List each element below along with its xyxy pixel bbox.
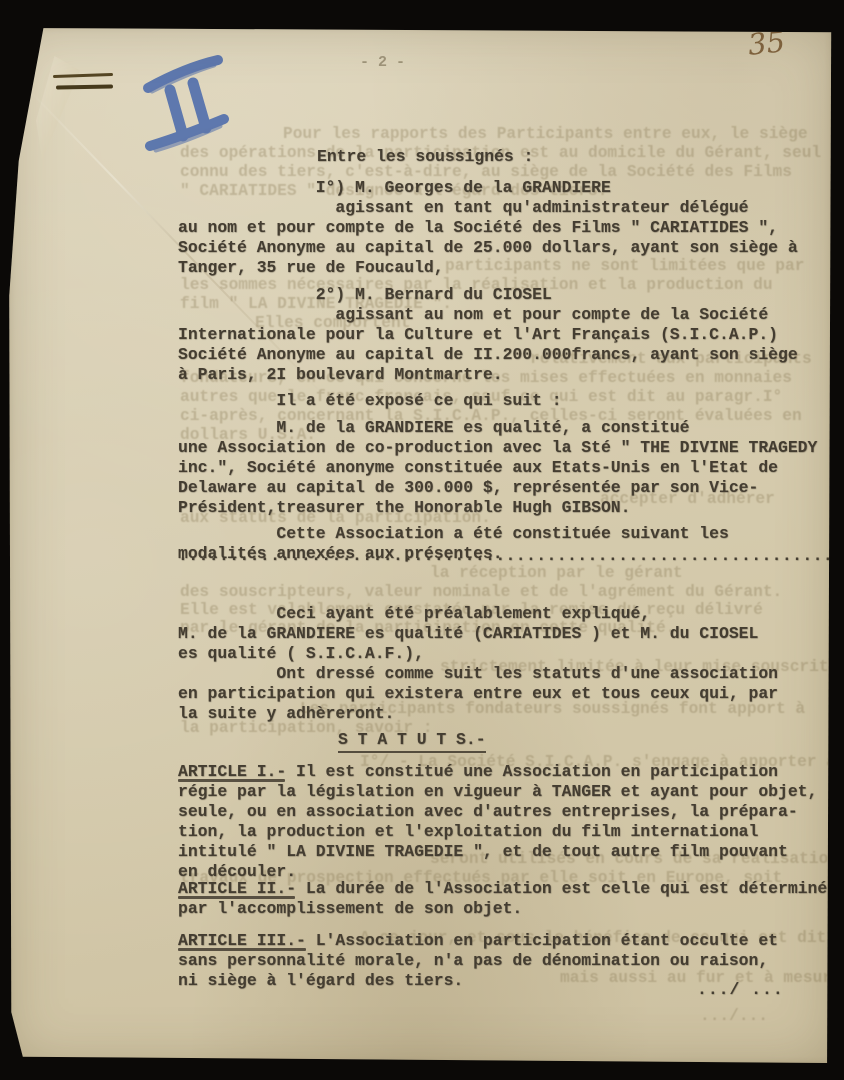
document-page: Pour les rapports des Participants entre… bbox=[8, 26, 832, 1064]
bleedthrough-line: Pour les rapports des Participants entre… bbox=[283, 124, 808, 144]
party-2-paragraph: 2°) M. Bernard du CIOSEL agissant au nom… bbox=[178, 285, 798, 385]
bleedthrough-line: la réception par le gérant bbox=[430, 563, 683, 583]
expose-paragraph-1: M. de la GRANDIERE es qualité, a constit… bbox=[178, 418, 817, 518]
dotted-separator: ........................................… bbox=[178, 546, 832, 566]
bleedthrough-line: des souscripteurs, valeur nominale et de… bbox=[180, 582, 782, 602]
revision-equals-mark bbox=[53, 72, 123, 94]
handwritten-roman-II-mark bbox=[136, 46, 256, 161]
party-1-paragraph: I°) M. Georges de la GRANDIERE agissant … bbox=[178, 178, 798, 278]
article-2-paragraph: ARTICLE II.- La durée de l'Association e… bbox=[178, 879, 832, 919]
continuation-mark: .../ ... bbox=[697, 980, 784, 1000]
underline-article-3 bbox=[178, 948, 306, 951]
statuts-heading: S T A T U T S.- bbox=[338, 730, 486, 753]
underline-article-2 bbox=[178, 896, 295, 899]
handwritten-page-number: 35 bbox=[746, 26, 786, 62]
typed-page-number: - 2 - bbox=[360, 54, 405, 72]
bleedthrough-line: .../... bbox=[700, 1006, 768, 1026]
photo-background: Pour les rapports des Participants entre… bbox=[0, 0, 844, 1080]
underline-article-1 bbox=[178, 779, 285, 782]
preamble-line: Entre les soussignés : bbox=[317, 147, 533, 167]
expose-intro-line: Il a été exposé ce qui suit : bbox=[178, 391, 562, 411]
expose-paragraph-3: Ceci ayant été préalablement expliqué, M… bbox=[178, 604, 778, 724]
article-3-paragraph: ARTICLE III.- L'Association en participa… bbox=[178, 931, 778, 991]
